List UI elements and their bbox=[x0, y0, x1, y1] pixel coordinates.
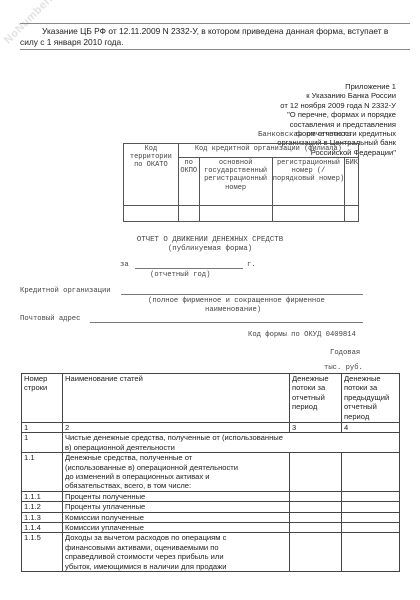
previous-period-value[interactable] bbox=[342, 523, 400, 533]
previous-period-value[interactable] bbox=[342, 491, 400, 501]
org-caption-1: (полное фирменное и сокращенное фирменно… bbox=[148, 297, 325, 305]
report-subtitle: (публикуемая форма) bbox=[0, 245, 420, 253]
colnum-2: 2 bbox=[63, 423, 290, 433]
okpo-value[interactable] bbox=[178, 206, 199, 222]
bik-value[interactable] bbox=[345, 206, 359, 222]
notice-line-1: Указание ЦБ РФ от 12.11.2009 N 2332-У, в… bbox=[20, 26, 410, 37]
effective-date-notice: Указание ЦБ РФ от 12.11.2009 N 2332-У, в… bbox=[20, 23, 410, 50]
appendix-line: к Указанию Банка России bbox=[216, 91, 396, 100]
row-number: 1.1.3 bbox=[22, 512, 63, 522]
row-name: Денежные средства, полученные от (исполь… bbox=[63, 453, 290, 492]
previous-period-value[interactable] bbox=[342, 512, 400, 522]
org-caption-2: наименование) bbox=[205, 306, 261, 314]
year-caption: (отчетный год) bbox=[150, 271, 210, 279]
org-name-field[interactable] bbox=[121, 294, 363, 295]
bank-reporting-label: Банковская отчетность bbox=[258, 131, 351, 139]
row-name: Комиссии уплаченные bbox=[63, 523, 290, 533]
colnum-1: 1 bbox=[22, 423, 63, 433]
notice-line-2: силу с 1 января 2010 года. bbox=[20, 37, 124, 47]
appendix-line: составления и представления bbox=[216, 120, 396, 129]
appendix-line: "О перечне, формах и порядке bbox=[216, 110, 396, 119]
row-name: Проценты уплаченные bbox=[63, 502, 290, 512]
units-label: тыс. руб. bbox=[324, 364, 363, 372]
address-label: Почтовый адрес bbox=[20, 315, 80, 323]
header-item-name: Наименование статей bbox=[63, 374, 290, 423]
row-name: Доходы за вычетом расходов по операциям … bbox=[63, 533, 290, 572]
current-period-value[interactable] bbox=[290, 533, 342, 572]
okato-value[interactable] bbox=[124, 206, 179, 222]
ogrn-header: основной государственный регистрационный… bbox=[199, 158, 272, 206]
okud-code: Код формы по ОКУД 0409814 bbox=[248, 331, 356, 339]
colnum-3: 3 bbox=[290, 423, 342, 433]
row-name: Проценты полученные bbox=[63, 491, 290, 501]
current-period-value[interactable] bbox=[290, 523, 342, 533]
table-row: 1.1.5 Доходы за вычетом расходов по опер… bbox=[22, 533, 400, 572]
report-title: ОТЧЕТ О ДВИЖЕНИИ ДЕНЕЖНЫХ СРЕДСТВ bbox=[0, 236, 420, 244]
row-number: 1.1.4 bbox=[22, 523, 63, 533]
table-row: 1.1.1 Проценты полученные bbox=[22, 491, 400, 501]
okpo-header: по ОКПО bbox=[178, 158, 199, 206]
current-period-value[interactable] bbox=[290, 453, 342, 492]
header-row-number: Номер строки bbox=[22, 374, 63, 423]
header-current-period: Денежные потоки за отчетный период bbox=[290, 374, 342, 423]
previous-period-value[interactable] bbox=[342, 453, 400, 492]
header-previous-period: Денежные потоки за предыдущий отчетный п… bbox=[342, 374, 400, 423]
codes-table: Код территории по ОКАТО Код кредитной ор… bbox=[123, 143, 359, 222]
year-suffix: г. bbox=[247, 261, 256, 269]
colnum-4: 4 bbox=[342, 423, 400, 433]
appendix-line: Приложение 1 bbox=[216, 82, 396, 91]
table-row: 1.1.3 Комиссии полученные bbox=[22, 512, 400, 522]
year-field[interactable] bbox=[135, 268, 243, 269]
address-field[interactable] bbox=[90, 322, 363, 323]
row-name: Комиссии полученные bbox=[63, 512, 290, 522]
row-number: 1.1.5 bbox=[22, 533, 63, 572]
table-row: 1 Чистые денежные средства, полученные о… bbox=[22, 433, 400, 453]
for-label: за bbox=[120, 261, 129, 269]
okato-header: Код территории по ОКАТО bbox=[124, 144, 179, 206]
regnum-header: регистрационный номер (/порядковый номер… bbox=[272, 158, 345, 206]
regnum-value[interactable] bbox=[272, 206, 345, 222]
row-number: 1.1.1 bbox=[22, 491, 63, 501]
bik-header: БИК bbox=[345, 158, 359, 206]
previous-period-value[interactable] bbox=[342, 533, 400, 572]
table-row: 1.1.4 Комиссии уплаченные bbox=[22, 523, 400, 533]
row-name: Чистые денежные средства, полученные от … bbox=[63, 433, 400, 453]
periodicity: Годовая bbox=[330, 349, 360, 357]
credit-org-header: Код кредитной организации (филиала) bbox=[178, 144, 358, 158]
table-row: 1.1 Денежные средства, полученные от (ис… bbox=[22, 453, 400, 492]
cash-flow-table: Номер строки Наименование статей Денежны… bbox=[21, 373, 400, 572]
current-period-value[interactable] bbox=[290, 491, 342, 501]
previous-period-value[interactable] bbox=[342, 502, 400, 512]
table-row: 1.1.2 Проценты уплаченные bbox=[22, 502, 400, 512]
org-label: Кредитной организации bbox=[20, 287, 111, 295]
ogrn-value[interactable] bbox=[199, 206, 272, 222]
row-number: 1 bbox=[22, 433, 63, 453]
current-period-value[interactable] bbox=[290, 502, 342, 512]
row-number: 1.1.2 bbox=[22, 502, 63, 512]
appendix-line: от 12 ноября 2009 года N 2332-У bbox=[216, 101, 396, 110]
row-number: 1.1 bbox=[22, 453, 63, 492]
current-period-value[interactable] bbox=[290, 512, 342, 522]
